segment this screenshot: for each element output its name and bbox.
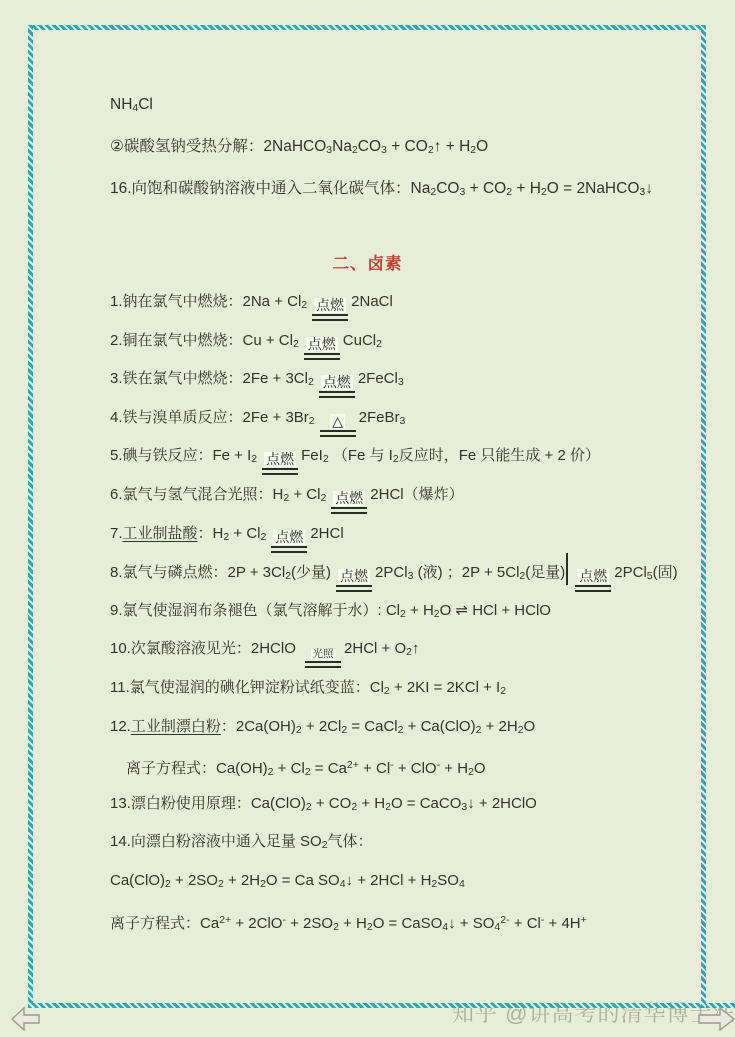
equation-line: 10.次氯酸溶液见光：2HClO 光照2HCl + O2↑: [110, 630, 705, 669]
equation-line: 1.钠在氯气中燃烧：2Na + Cl2点燃2NaCl: [110, 283, 705, 322]
equation-line: 13.漂白粉使用原理：Ca(ClO)2 + CO2 + H2O = CaCO3↓…: [110, 785, 705, 824]
equation-line: 4.铁与溴单质反应：2Fe + 3Br2△2FeBr3: [110, 399, 705, 438]
reaction-condition: △: [320, 414, 356, 437]
equation-line: Ca(ClO)2 + 2SO2 + 2H2O = Ca SO4↓ + 2HCl …: [110, 862, 705, 901]
reaction-condition: 点燃: [575, 569, 611, 592]
equation-line: 8.氯气与磷点燃：2P + 3Cl2(少量)点燃2PCl3 (液) ；2P + …: [110, 553, 705, 592]
section-title: 二、卤素: [0, 250, 735, 274]
equation-line: 离子方程式：Ca(OH)2 + Cl2 = Ca2+ + Cl- + ClO- …: [110, 746, 705, 785]
reaction-condition: 点燃: [319, 375, 355, 398]
equation-line: 5.碘与铁反应：Fe + I2点燃FeI2 （Fe 与 I2反应时，Fe 只能生…: [110, 437, 705, 476]
prev-arrow-icon[interactable]: [10, 1006, 40, 1037]
equation-line: 3.铁在氯气中燃烧：2Fe + 3Cl2点燃2FeCl3: [110, 360, 705, 399]
vertical-divider: [566, 553, 568, 585]
equation-line: 7.工业制盐酸：H2 + Cl2点燃2HCl: [110, 515, 705, 554]
equation-line: ②碳酸氢钠受热分解：2NaHCO3Na2CO3 + CO2↑ + H2O: [110, 126, 695, 168]
reaction-condition: 光照: [305, 649, 341, 668]
reaction-condition: 点燃: [262, 452, 298, 475]
equation-line: 9.氯气使湿润布条褪色（氯气溶解于水）: Cl2 + H2O ⇌ HCl + H…: [110, 592, 705, 631]
intro-equations: NH4Cl②碳酸氢钠受热分解：2NaHCO3Na2CO3 + CO2↑ + H2…: [110, 84, 695, 210]
equation-line: 16.向饱和碳酸钠溶液中通入二氧化碳气体：Na2CO3 + CO2 + H2O …: [110, 168, 695, 210]
equation-line: NH4Cl: [110, 84, 695, 126]
reaction-condition: 点燃: [304, 337, 340, 360]
equation-line: 离子方程式：Ca2+ + 2ClO- + 2SO2 + H2O = CaSO4↓…: [110, 901, 705, 940]
watermark: 知乎 @讲高考的清华博士汪: [452, 997, 735, 1028]
reaction-condition: 点燃: [271, 530, 307, 553]
reaction-condition: 点燃: [312, 298, 348, 321]
reaction-condition: 点燃: [331, 491, 367, 514]
equation-line: 2.铜在氯气中燃烧：Cu + Cl2点燃CuCl2: [110, 322, 705, 361]
document-page: 知乎 @讲高考的清华博士汪 NH4Cl②碳酸氢钠受热分解：2NaHCO3Na2C…: [0, 0, 735, 1037]
reaction-condition: 点燃: [336, 569, 372, 592]
border-top: [28, 25, 706, 30]
border-left: [28, 25, 33, 1008]
equation-line: 6.氯气与氢气混合光照：H2 + Cl2点燃2HCl（爆炸）: [110, 476, 705, 515]
equation-list: 1.钠在氯气中燃烧：2Na + Cl2点燃2NaCl2.铜在氯气中燃烧：Cu +…: [110, 283, 705, 939]
next-arrow-icon[interactable]: [698, 1006, 735, 1037]
equation-line: 12.工业制漂白粉：2Ca(OH)2 + 2Cl2 = CaCl2 + Ca(C…: [110, 708, 705, 747]
equation-line: 11.氯气使湿润的碘化钾淀粉试纸变蓝：Cl2 + 2KI = 2KCl + I2: [110, 669, 705, 708]
equation-line: 14.向漂白粉溶液中通入足量 SO2气体：: [110, 823, 705, 862]
